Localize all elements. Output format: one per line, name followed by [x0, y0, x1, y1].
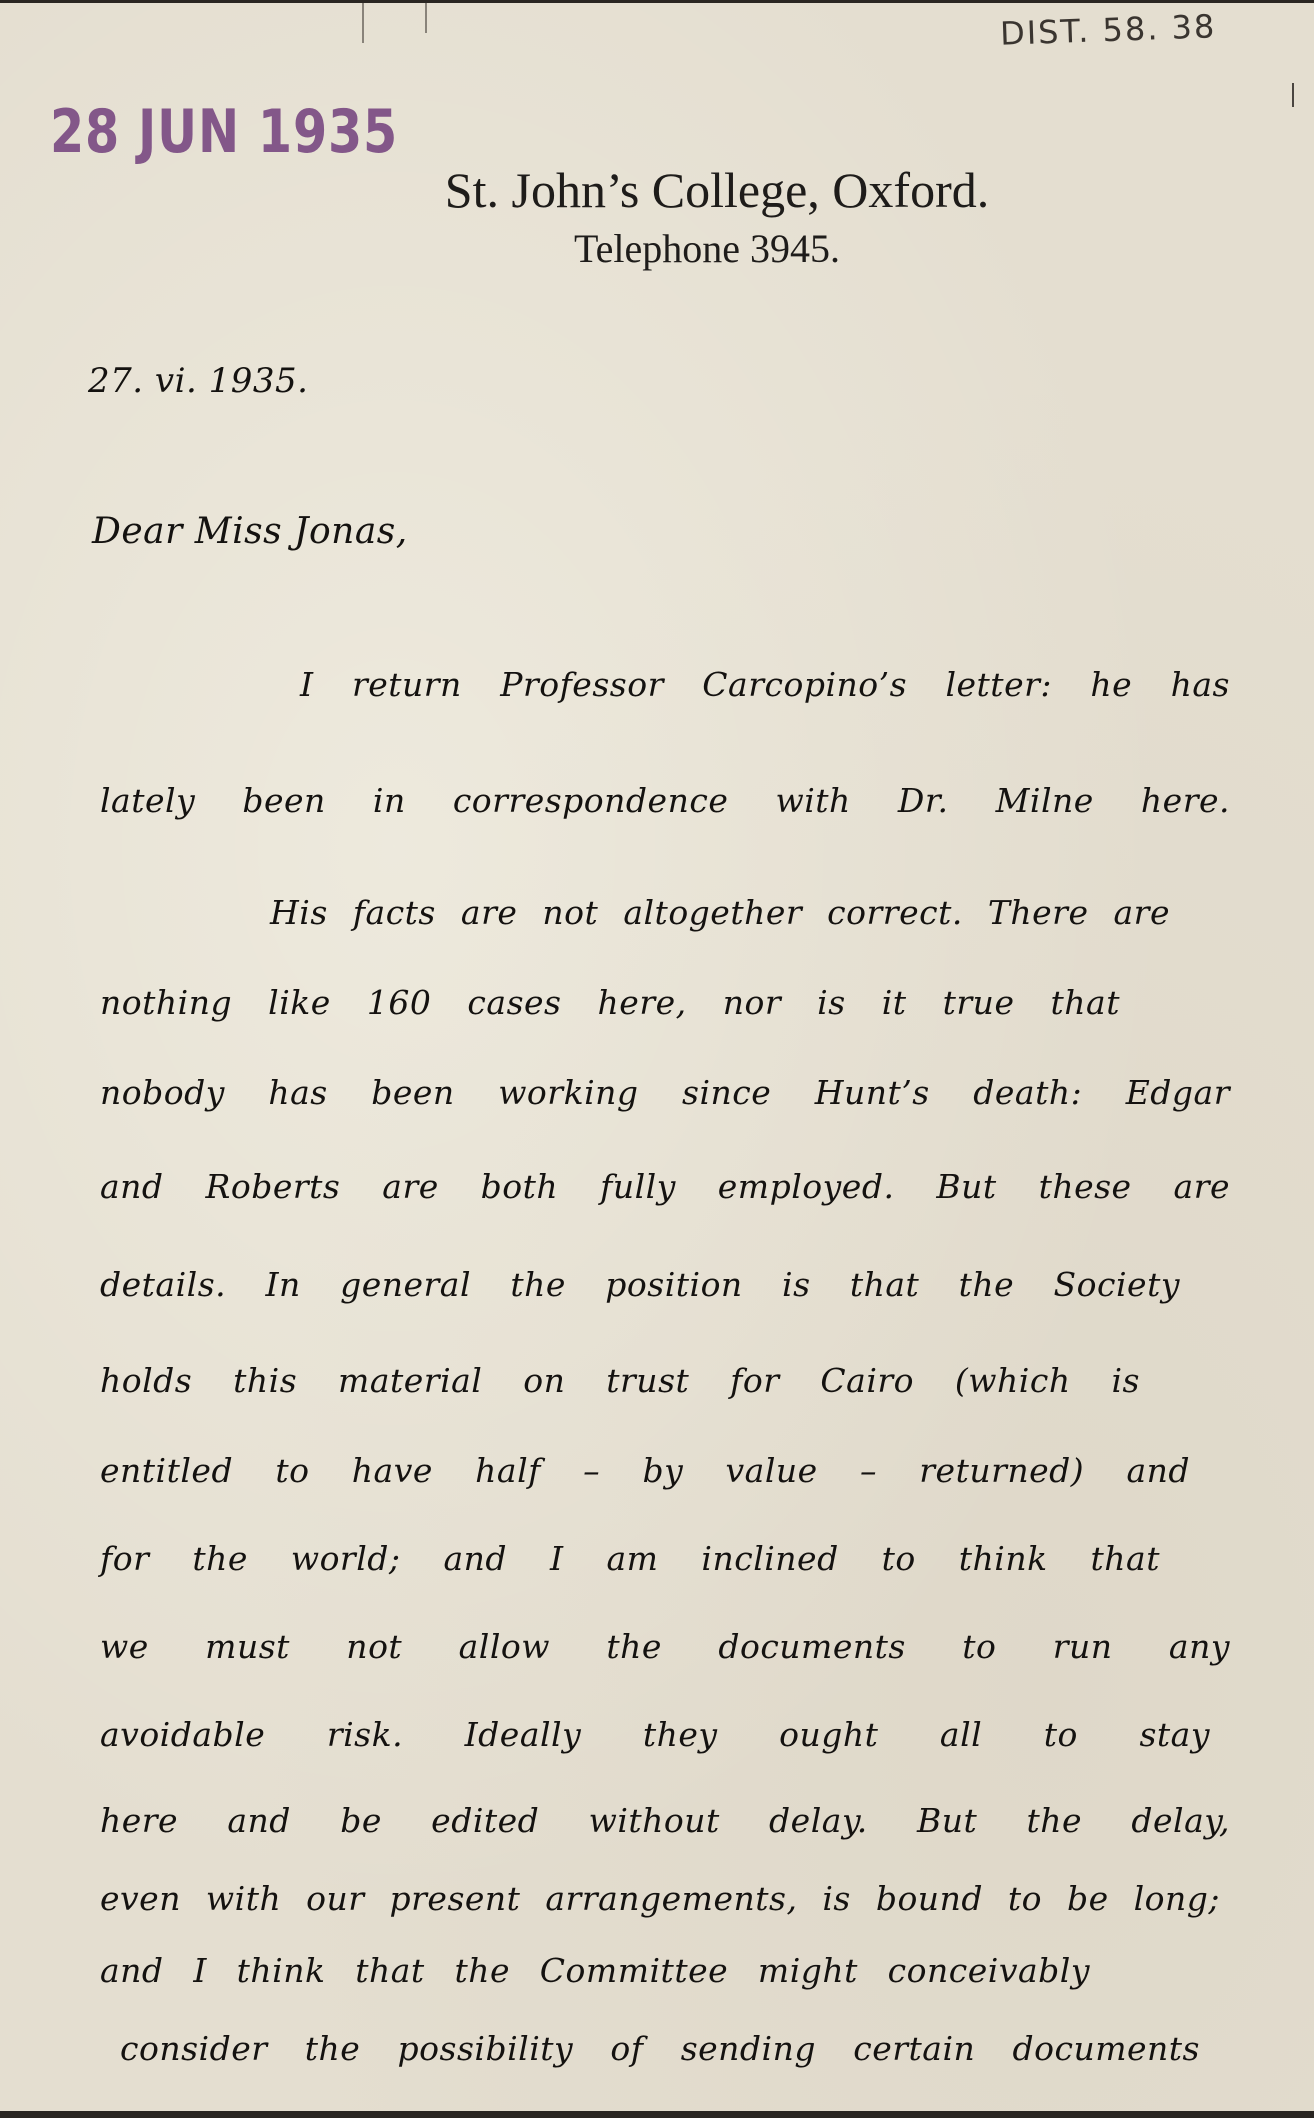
letter-date: 27. vi. 1935.	[88, 361, 308, 401]
received-date-stamp: 28 JUN 1935	[50, 97, 398, 167]
letter-line: details. In general the position is that…	[100, 1265, 1180, 1304]
letter-line: I return Professor Carcopino’s letter: h…	[300, 665, 1230, 704]
fold-mark	[362, 3, 364, 43]
letter-line: and Roberts are both fully employed. But…	[100, 1167, 1230, 1206]
letter-line: nobody has been working since Hunt’s dea…	[100, 1073, 1230, 1112]
letter-line: avoidable risk. Ideally they ought all t…	[100, 1715, 1210, 1754]
letter-line: we must not allow the documents to run a…	[100, 1627, 1230, 1666]
letter-line: consider the possibility of sending cert…	[120, 2029, 1200, 2068]
letter-salutation: Dear Miss Jonas,	[92, 511, 408, 552]
letter-page: DIST. 58. 38 28 JUN 1935 St. John’s Coll…	[0, 3, 1314, 2111]
letter-line: holds this material on trust for Cairo (…	[100, 1361, 1140, 1400]
letter-line: here and be edited without delay. But th…	[100, 1801, 1230, 1840]
letterhead-institution: St. John’s College, Oxford.	[60, 161, 1314, 219]
letter-line: even with our present arrangements, is b…	[100, 1879, 1220, 1918]
letter-line: for the world; and I am inclined to thin…	[100, 1539, 1160, 1578]
letterhead-telephone: Telephone 3945.	[0, 225, 1314, 272]
letter-line: entitled to have half – by value – retur…	[100, 1451, 1190, 1490]
edge-mark	[1292, 83, 1294, 107]
letter-line: nothing like 160 cases here, nor is it t…	[100, 983, 1120, 1022]
letter-line: lately been in correspondence with Dr. M…	[100, 781, 1230, 820]
fold-mark	[425, 3, 427, 33]
catalog-reference: DIST. 58. 38	[999, 7, 1216, 53]
letter-line: and I think that the Committee might con…	[100, 1951, 1090, 1990]
letter-line: His facts are not altogether correct. Th…	[270, 893, 1170, 932]
